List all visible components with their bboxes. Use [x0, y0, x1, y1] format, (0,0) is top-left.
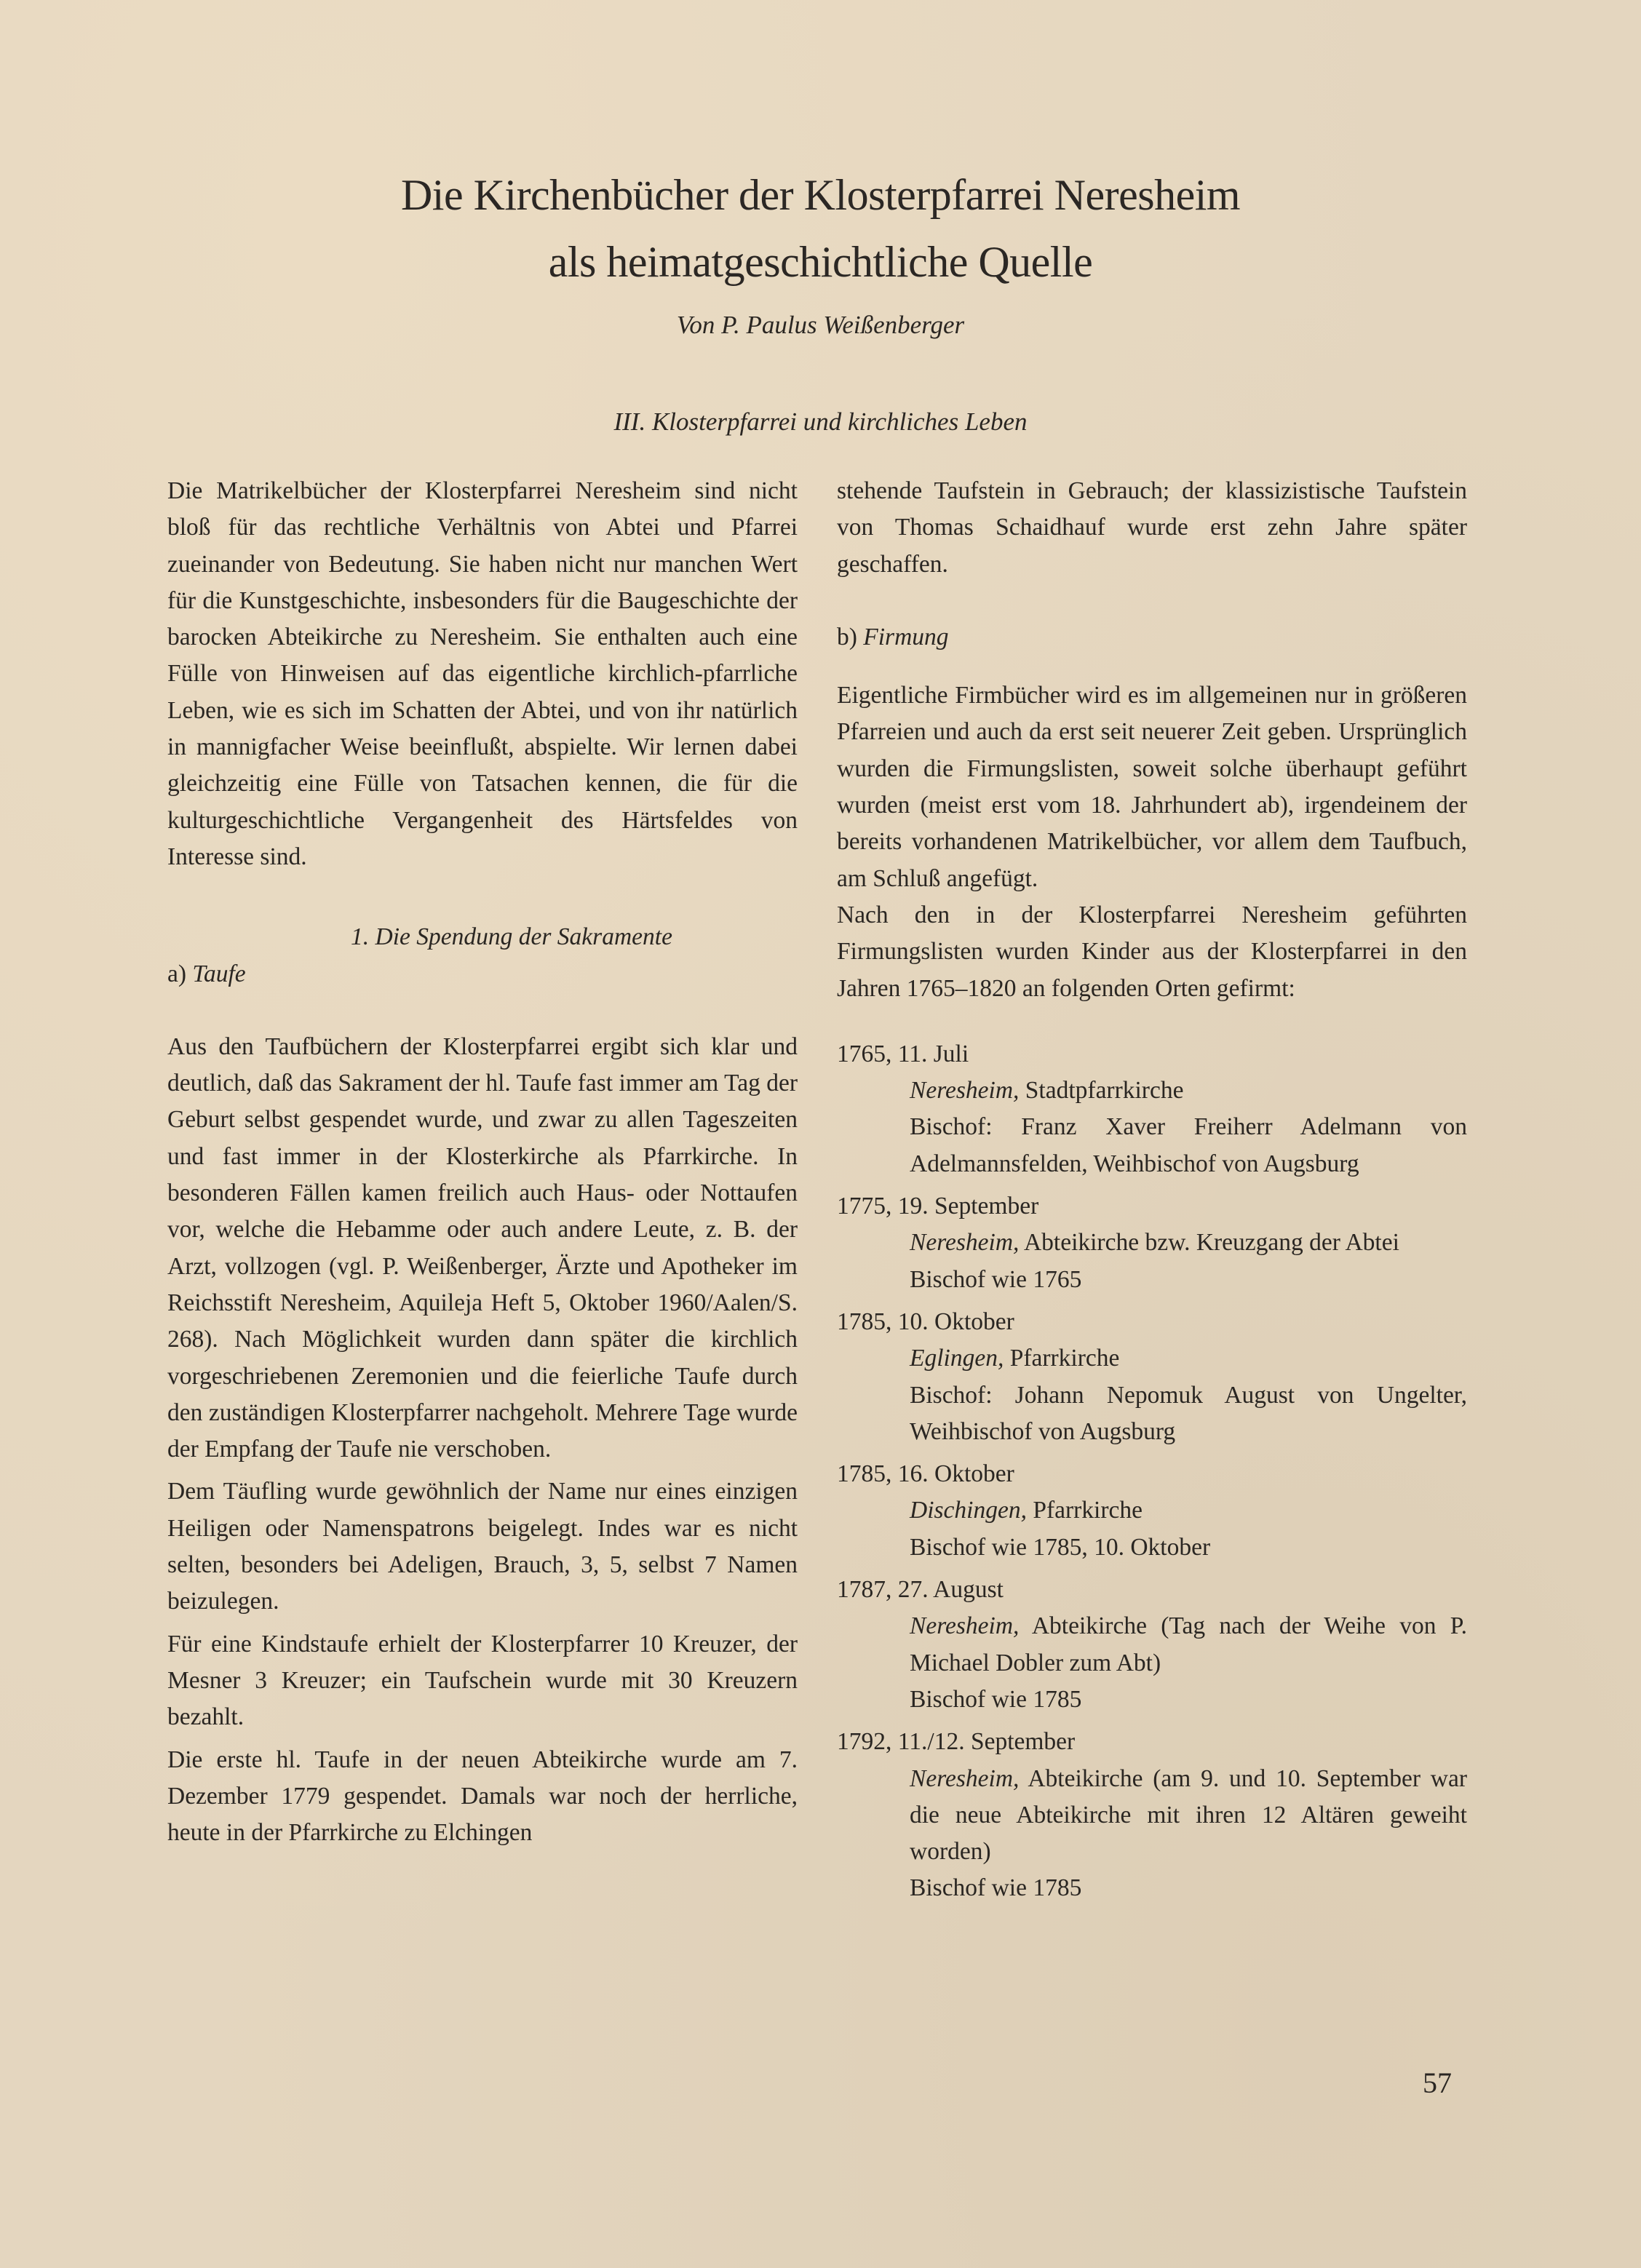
article-title: Die Kirchenbücher der Klosterpfarrei Ner… [218, 162, 1423, 295]
entry-bishop: Bischof wie 1765 [910, 1262, 1467, 1298]
firmung-paragraph: Eigentliche Firmbücher wird es im allgem… [837, 677, 1467, 897]
continuation-paragraph: stehende Taufstein in Gebrauch; der klas… [837, 473, 1467, 583]
entry-location: Neresheim, Abteikirche (am 9. und 10. Se… [910, 1761, 1467, 1871]
taufe-label: Taufe [192, 960, 245, 987]
title-line-2: als heimatgeschichtliche Quelle [218, 228, 1423, 295]
title-line-1: Die Kirchenbücher der Klosterpfarrei Ner… [218, 162, 1423, 228]
entry-place: Dischingen, [910, 1497, 1027, 1524]
taufe-paragraph: Für eine Kindstaufe erhielt der Klosterp… [167, 1626, 798, 1736]
section-heading: III. Klosterpfarrei und kirchliches Lebe… [218, 404, 1423, 440]
entry-place: Eglingen, [910, 1345, 1004, 1372]
right-column: stehende Taufstein in Gebrauch; der klas… [837, 473, 1467, 1913]
entry-date: 1787, 27. August [837, 1572, 1467, 1608]
taufe-paragraph: Aus den Taufbüchern der Klosterpfarrei e… [167, 1029, 798, 1468]
confirmation-entry: 1775, 19. September Neresheim, Abteikirc… [837, 1188, 1467, 1298]
confirmation-entry: 1787, 27. August Neresheim, Abteikirche … [837, 1572, 1467, 1718]
entry-location: Neresheim, Abteikirche bzw. Kreuzgang de… [910, 1225, 1467, 1261]
entry-bishop: Bischof: Franz Xaver Freiherr Adelmann v… [910, 1109, 1467, 1182]
entry-church: Stadtpfarrkirche [1019, 1077, 1183, 1104]
taufe-paragraph: Dem Täufling wurde gewöhnlich der Name n… [167, 1473, 798, 1620]
author-byline: Von P. Paulus Weißenberger [218, 307, 1423, 343]
entry-date: 1775, 19. September [837, 1188, 1467, 1225]
page-number: 57 [1423, 2065, 1452, 2101]
taufe-prefix: a) [167, 960, 186, 987]
entry-bishop: Bischof: Johann Nepomuk August von Ungel… [910, 1377, 1467, 1451]
confirmation-entry: 1785, 10. Oktober Eglingen, Pfarrkirche … [837, 1304, 1467, 1450]
entry-bishop: Bischof wie 1785 [910, 1870, 1467, 1906]
document-page: Die Kirchenbücher der Klosterpfarrei Ner… [0, 0, 1641, 2268]
left-column: Die Matrikelbücher der Klosterpfarrei Ne… [167, 473, 798, 1851]
confirmation-entry: 1785, 16. Oktober Dischingen, Pfarrkirch… [837, 1456, 1467, 1566]
entry-church: Pfarrkirche [1027, 1497, 1143, 1524]
entry-location: Eglingen, Pfarrkirche [910, 1340, 1467, 1377]
entry-location: Neresheim, Stadtpfarrkirche [910, 1073, 1467, 1109]
entry-church: Pfarrkirche [1004, 1345, 1119, 1372]
confirmation-entry: 1792, 11./12. September Neresheim, Abtei… [837, 1724, 1467, 1906]
firmung-paragraph: Nach den in der Klosterpfarrei Neresheim… [837, 897, 1467, 1007]
intro-paragraph: Die Matrikelbücher der Klosterpfarrei Ne… [167, 473, 798, 875]
firmung-label: Firmung [863, 624, 948, 650]
entry-date: 1785, 10. Oktober [837, 1304, 1467, 1340]
entry-place: Neresheim, [910, 1077, 1019, 1104]
firmung-prefix: b) [837, 624, 857, 650]
entry-location: Dischingen, Pfarrkirche [910, 1492, 1467, 1529]
firmung-heading: b) Firmung [837, 619, 1467, 656]
taufe-paragraph: Die erste hl. Taufe in der neuen Abteiki… [167, 1742, 798, 1852]
entry-place: Neresheim, [910, 1765, 1019, 1792]
entry-place: Neresheim, [910, 1229, 1019, 1256]
subsection-heading: 1. Die Spendung der Sakramente [167, 919, 798, 955]
taufe-heading: a) Taufe [167, 956, 798, 992]
entry-place: Neresheim, [910, 1612, 1019, 1639]
entry-church: Abteikirche bzw. Kreuzgang der Abtei [1019, 1229, 1399, 1256]
entry-date: 1785, 16. Oktober [837, 1456, 1467, 1492]
confirmation-entry: 1765, 11. Juli Neresheim, Stadtpfarrkirc… [837, 1036, 1467, 1182]
entry-bishop: Bischof wie 1785 [910, 1682, 1467, 1718]
entry-date: 1792, 11./12. September [837, 1724, 1467, 1760]
entry-location: Neresheim, Abteikirche (Tag nach der Wei… [910, 1608, 1467, 1682]
entry-bishop: Bischof wie 1785, 10. Oktober [910, 1529, 1467, 1566]
entry-date: 1765, 11. Juli [837, 1036, 1467, 1073]
